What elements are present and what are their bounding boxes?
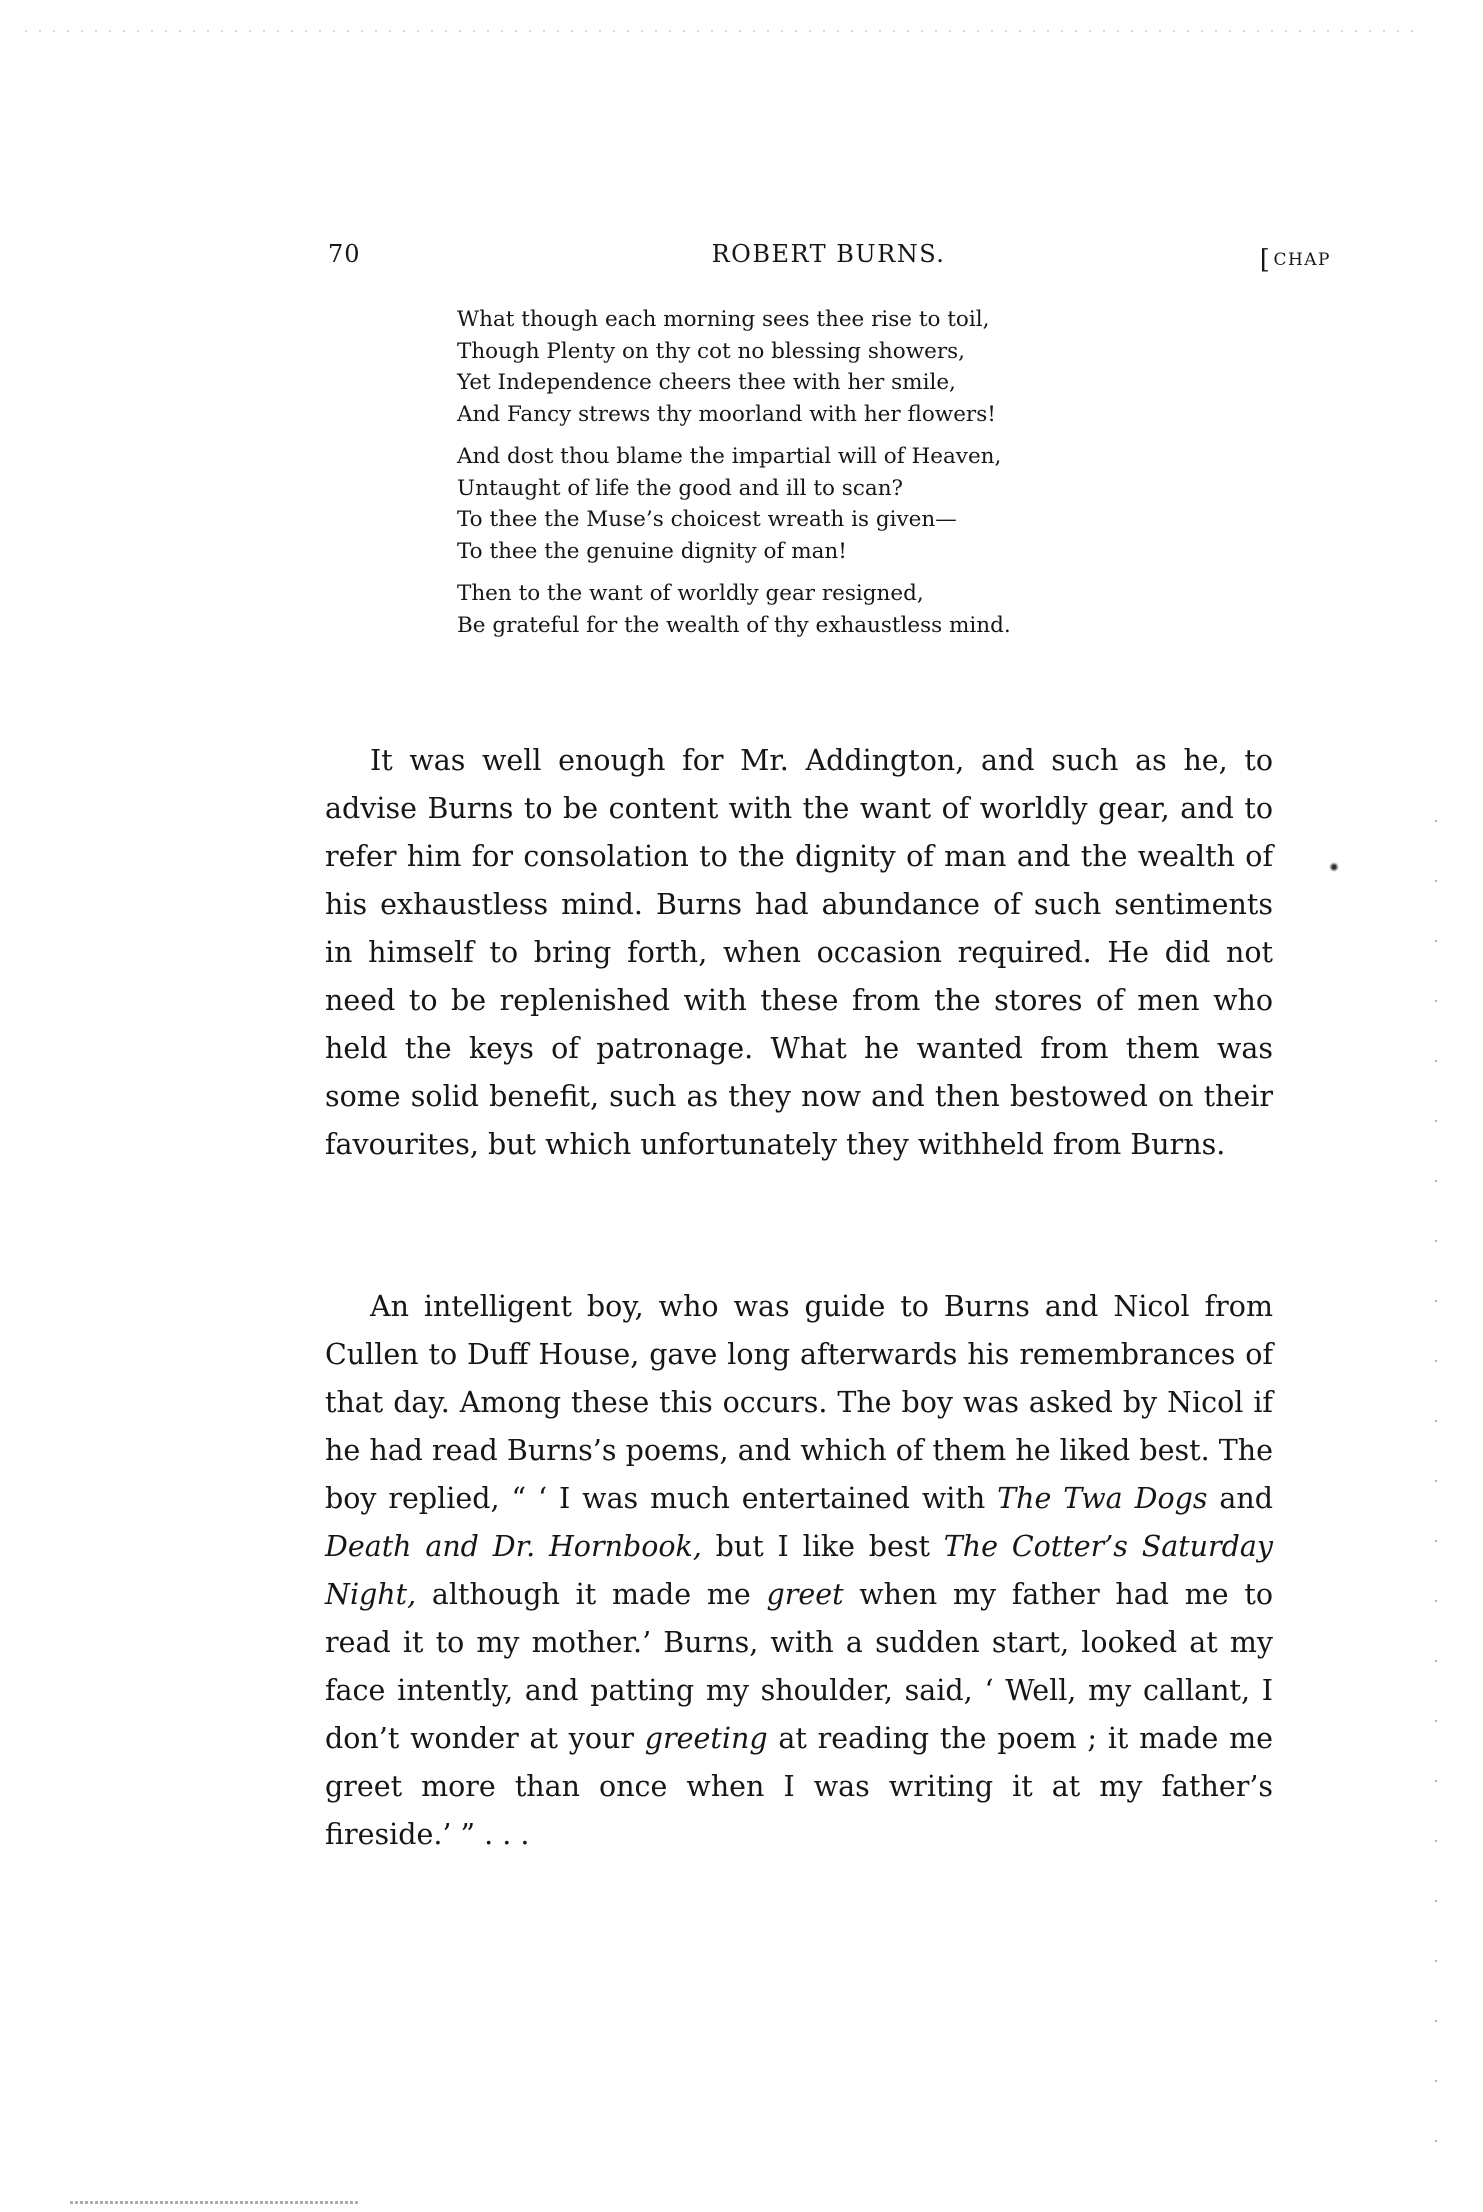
- ink-blot: [1329, 862, 1339, 872]
- text-run: and: [1207, 1482, 1273, 1515]
- scan-artifact-bottom: [70, 2201, 360, 2204]
- italic-title: greeting: [645, 1722, 768, 1755]
- italic-title: The Twa Dogs: [997, 1482, 1207, 1515]
- poem-line: Then to the want of worldly gear resigne…: [457, 578, 1277, 610]
- text-run: but I like best: [702, 1530, 944, 1563]
- running-title: ROBERT BURNS.: [326, 240, 1331, 268]
- chapter-label: CHAP: [1273, 250, 1331, 270]
- paragraph-intelligent-boy: An intelligent boy, who was guide to Bur…: [325, 1283, 1273, 1859]
- poem-excerpt: What though each morning sees thee rise …: [457, 304, 1277, 652]
- paragraph-text: An intelligent boy, who was guide to Bur…: [325, 1283, 1273, 1859]
- poem-line: Though Plenty on thy cot no blessing sho…: [457, 336, 1277, 368]
- italic-title: greet: [766, 1578, 843, 1611]
- poem-line: And Fancy strews thy moorland with her f…: [457, 399, 1277, 431]
- stanza: What though each morning sees thee rise …: [457, 304, 1277, 430]
- text-run: although it made me: [416, 1578, 766, 1611]
- italic-title: Death and Dr. Hornbook,: [325, 1530, 702, 1563]
- poem-line: To thee the Muse’s choicest wreath is gi…: [457, 504, 1277, 536]
- poem-line: Be grateful for the wealth of thy exhaus…: [457, 610, 1277, 642]
- paragraph-text: It was well enough for Mr. Addington, an…: [325, 737, 1273, 1169]
- poem-line: What though each morning sees thee rise …: [457, 304, 1277, 336]
- scan-artifact-top: [25, 30, 1425, 32]
- poem-line: To thee the genuine dignity of man!: [457, 536, 1277, 568]
- chapter-bracket: [: [1260, 245, 1272, 275]
- poem-line: And dost thou blame the impartial will o…: [457, 441, 1277, 473]
- poem-line: Untaught of life the good and ill to sca…: [457, 473, 1277, 505]
- running-head: 70 ROBERT BURNS. [CHAP: [326, 236, 1331, 270]
- chapter-marker: [CHAP: [1260, 242, 1331, 272]
- scan-artifact-right-margin: [1435, 820, 1437, 2170]
- poem-line: Yet Independence cheers thee with her sm…: [457, 367, 1277, 399]
- paragraph-addington: It was well enough for Mr. Addington, an…: [325, 737, 1273, 1169]
- stanza: Then to the want of worldly gear resigne…: [457, 578, 1277, 641]
- stanza: And dost thou blame the impartial will o…: [457, 441, 1277, 567]
